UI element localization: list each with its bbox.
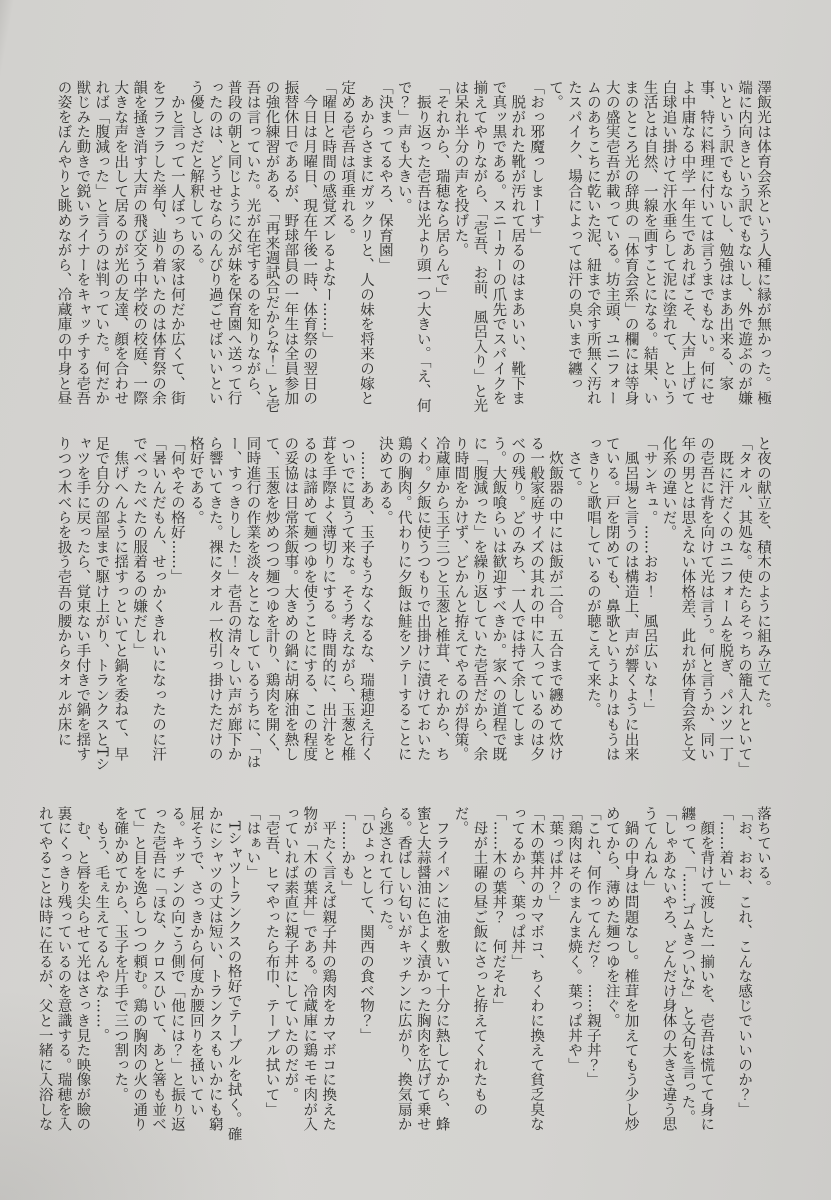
paragraph: あからさまにガックリと、人の妹を将来の嫁と定める壱吾は項垂れる。	[337, 80, 375, 416]
paragraph: 既に汗だくのユニフォームを脱ぎ、パンツ一丁の壱吾に背を向けて光は言う。何と言うか…	[659, 436, 735, 774]
paragraph: 平たく言えば親子丼の鶏肉をカマボコに換えた物が「木の葉丼」である。冷蔵庫に鶏モモ…	[280, 806, 337, 1144]
paragraph: 「木の葉丼のカマボコ、ちくわに換えて貧乏臭なってるから、葉っぱ丼」	[507, 806, 545, 1144]
paragraph: 「ひょっとして、関西の食べ物？」	[356, 806, 375, 1144]
scanned-page: 澤飯光は体育会系という人種に縁が無かった。極端に内向きという訳でもないし、外で遊…	[0, 0, 831, 1200]
paragraph: 「それから、瑞穂なら居らんで」	[432, 80, 451, 416]
paragraph: 「……着い」	[715, 806, 734, 1144]
paragraph: Tシャツトランクスの格好でテーブルを拭く。確かにシャツの丈は短い、トランクスもい…	[110, 806, 242, 1144]
paragraph: 顔を背けて渡した一揃いを、壱吾は慌てて身に纏って、「……ゴムきついな」と文句を言…	[677, 806, 715, 1144]
paragraph: ……ああ、玉子もうなくなるな、瑞穂迎え行くついでに買うて来な。そう考えながら、玉…	[186, 436, 375, 774]
paragraph: 「曜日と時間の感覚ズレるよなー……」	[318, 80, 337, 416]
paragraph: 風呂場と言うのは構造上、声が響くように出来ている。戸を閉めても、鼻歌というよりは…	[583, 436, 640, 774]
paragraph: 「これ、何作ってんだ？ ……親子丼？」	[583, 806, 602, 1144]
paragraph: 「葉っぱ丼？」	[545, 806, 564, 1144]
paragraph: かと言って一人ぼっちの家は何だか広くて、街をフラフラした挙句、辿り着いたのは体育…	[54, 80, 186, 416]
paragraph: 脱がれた靴が汚れて居るのはまあいい、靴下まで真ッ黒である。スニーカーの爪先でスパ…	[451, 80, 527, 416]
paragraph: 「鶏肉はそのまんま焼く。葉っぱ丼や」	[564, 806, 583, 1144]
paragraph: 「しゃあないやろ、どんだけ身体の大きさ違う思うてんねん」	[640, 806, 678, 1144]
paragraph: もう、毛ぇ生えてるんやな……。	[91, 806, 110, 1144]
paragraph: 「サンキュ。……おお！ 風呂広いな！」	[640, 436, 659, 774]
paragraph: 「暑いんだもん、せっかくきれいになったのに汗でべったべたの服着るの嫌だし」	[129, 436, 167, 774]
paragraph: 「何やその格好……」	[167, 436, 186, 774]
paragraph: 「タオル、其処な。使たらそっちの籠入れといて」	[734, 436, 753, 774]
paragraph: む、と唇を尖らせて光はさっき見た映像が瞼の裏にくっきり残っているのを意識する。瑞…	[35, 806, 92, 1144]
text-band-middle: と夜の献立を、積木のように組み立てた。「タオル、其処な。使たらそっちの籠入れとい…	[54, 436, 772, 774]
paragraph: 炊飯器の中には飯が二合。五合まで纏めて炊ける一般家庭サイズの其れの中に入っている…	[375, 436, 564, 774]
paragraph: 鍋の中身は問題なし。椎茸を加えてもう少し炒めてから、薄めた麺つゆを注ぐ。	[602, 806, 640, 1144]
paragraph: と夜の献立を、積木のように組み立てた。	[753, 436, 772, 774]
text-band-bottom: 落ちている。「お、おお、これ、こんな感じでいいのか？」「……着い」 顔を背けて渡…	[54, 806, 772, 1144]
paragraph: 「はぁい」	[243, 806, 262, 1144]
paragraph: さて。	[564, 436, 583, 774]
paragraph: 澤飯光は体育会系という人種に縁が無かった。極端に内向きという訳でもないし、外で遊…	[545, 80, 772, 416]
paragraph: 「……木の葉丼？ 何だそれ」	[488, 806, 507, 1144]
paragraph: 「おっ邪魔っしまーす」	[526, 80, 545, 416]
paragraph: 「決まってるやろ、保育園」	[375, 80, 394, 416]
paragraph: 焦げへんように揺すっといてと鍋を委ねて、早足で自分の部屋まで駆け上がり、トランク…	[54, 436, 130, 774]
paragraph: 「お、おお、これ、こんな感じでいいのか？」	[734, 806, 753, 1144]
paragraph: 今日は月曜日、現在午後一時、体育祭の翌日の振替休日であるが、野球部員の一年生は全…	[186, 80, 318, 416]
paragraph: 落ちている。	[753, 806, 772, 1144]
paragraph: 「……かも」	[337, 806, 356, 1144]
paragraph: 「壱吾、ヒマやったら布巾、テーブル拭いて」	[262, 806, 281, 1144]
paragraph: フライパンに油を敷いて十分に熱してから、蜂蜜と大蒜醤油に色よく漬かった胸肉を広げ…	[375, 806, 451, 1144]
text-band-top: 澤飯光は体育会系という人種に縁が無かった。極端に内向きという訳でもないし、外で遊…	[54, 80, 772, 416]
paragraph: 振り返った壱吾は光より頭一つ大きい。「え、何で？」声も大きい。	[394, 80, 432, 416]
paragraph: 母が土曜の昼ご飯にさっと拵えてくれたものだ。	[451, 806, 489, 1144]
